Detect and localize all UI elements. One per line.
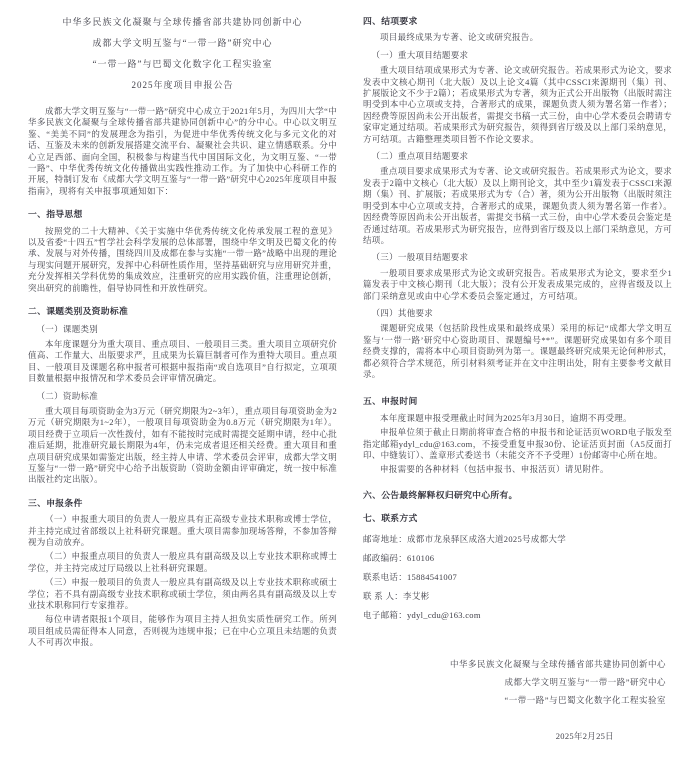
- contact-email: 电子邮箱：ydyl_cdu@163.com: [363, 606, 672, 625]
- section-2-sub-1-body: 本年度课题分为重大项目、重点项目、一般项目三类。重大项目立项研究价值高、工作量大…: [28, 339, 337, 385]
- section-2-heading: 二、课题类别及资助标准: [28, 306, 337, 317]
- section-5-heading: 五、申报时间: [363, 396, 672, 407]
- section-1-heading: 一、指导思想: [28, 209, 337, 220]
- section-3-paragraph-3: （三）申报一般项目的负责人一般应具有副高级及以上专业技术职称或硕士学位；若不具有…: [28, 577, 337, 611]
- section-4-sub-1-body: 重大项目结项成果形式为专著、论文或研究报告。若成果形式为论文，要求发表中文核心期…: [363, 65, 672, 145]
- section-4-sub-2-body: 重点项目要求成果形式为专著、论文或研究报告。若成果形式为论文，要求发表于2篇中文…: [363, 166, 672, 246]
- contact-postcode: 邮政编码：610106: [363, 549, 672, 568]
- signature-line-org-1: 中华多民族文化凝聚与全球传播省部共建协同创新中心: [363, 655, 666, 673]
- section-7-heading: 七、联系方式: [363, 513, 672, 524]
- section-4-sub-4-body: 课题研究成果（包括阶段性成果和最终成果）采用的标记“成都大学文明互鉴与‘一带一路…: [363, 323, 672, 380]
- section-2-sub-1-heading: （一）课题类别: [28, 324, 337, 335]
- section-4-sub-1-heading: （一）重大项目结题要求: [363, 50, 672, 61]
- title-line-org-3: “一带一路”与巴蜀文化数字化工程实验室: [28, 54, 337, 75]
- section-4-sub-4-heading: （四）其他要求: [363, 308, 672, 319]
- title-line-org-1: 中华多民族文化凝聚与全球传播省部共建协同创新中心: [28, 12, 337, 33]
- section-4-heading: 四、结项要求: [363, 16, 672, 27]
- title-line-org-2: 成都大学文明互鉴与“一带一路”研究中心: [28, 33, 337, 54]
- contact-address: 邮寄地址：成都市龙泉驿区成洛大道2025号成都大学: [363, 530, 672, 549]
- document-columns: 中华多民族文化凝聚与全球传播省部共建协同创新中心 成都大学文明互鉴与“一带一路”…: [0, 0, 682, 743]
- intro-paragraph: 成都大学文明互鉴与“一带一路”研究中心成立于2021年5月，为四川大学“中华多民…: [28, 106, 337, 197]
- section-3-paragraph-2: （二）申报重点项目的负责人一般应具有副高级及以上专业技术职称或博士学位，并主持完…: [28, 551, 337, 574]
- section-3-heading: 三、申报条件: [28, 498, 337, 509]
- section-3-paragraph-4: 每位申请者限报1个项目，能够作为项目主持人担负实质性研究工作。所列项目组成员需征…: [28, 614, 337, 648]
- section-4-sub-3-body: 一般项目要求成果形式为论文或研究报告。若成果形式为论文，要求至少1篇发表于中文核…: [363, 268, 672, 302]
- document-date: 2025年2月25日: [363, 729, 672, 743]
- left-column: 中华多民族文化凝聚与全球传播省部共建协同创新中心 成都大学文明互鉴与“一带一路”…: [28, 6, 337, 743]
- section-5-paragraph-3: 申报需要的各种材料（包括申报书、申报活页）请见附件。: [363, 464, 672, 475]
- section-1-body: 按照党的二十大精神、《关于实施中华优秀传统文化传承发展工程的意见》以及省委“十四…: [28, 226, 337, 294]
- section-4-sub-2-heading: （二）重点项目结题要求: [363, 151, 672, 162]
- section-6-heading: 六、公告最终解释权归研究中心所有。: [363, 490, 672, 501]
- document-main-title: 2025年度项目申报公告: [28, 75, 337, 96]
- signature-line-org-2: 成都大学文明互鉴与“一带一路”研究中心: [363, 673, 666, 691]
- scanned-document-page: 中华多民族文化凝聚与全球传播省部共建协同创新中心 成都大学文明互鉴与“一带一路”…: [0, 0, 682, 765]
- document-title-block: 中华多民族文化凝聚与全球传播省部共建协同创新中心 成都大学文明互鉴与“一带一路”…: [28, 12, 337, 96]
- signature-line-org-3: “一带一路”与巴蜀文化数字化工程实验室: [363, 691, 666, 709]
- contact-person: 联 系 人：李艾彬: [363, 587, 672, 606]
- section-5-paragraph-2: 申报单位须于截止日期前将审查合格的申报书和论证活页WORD电子版发至指定邮箱yd…: [363, 427, 672, 461]
- right-column: 四、结项要求 项目最终成果为专著、论文或研究报告。 （一）重大项目结题要求 重大…: [363, 6, 672, 743]
- contact-phone: 联系电话：15884541007: [363, 568, 672, 587]
- section-3-paragraph-1: （一）申报重大项目的负责人一般应具有正高级专业技术职称或博士学位，并主持完成过省…: [28, 514, 337, 548]
- section-4-intro: 项目最终成果为专著、论文或研究报告。: [363, 32, 672, 43]
- section-5-paragraph-1: 本年度课题申报受理截止时间为2025年3月30日，逾期不再受理。: [363, 413, 672, 424]
- signature-block: 中华多民族文化凝聚与全球传播省部共建协同创新中心 成都大学文明互鉴与“一带一路”…: [363, 655, 672, 709]
- section-2-sub-2-heading: （二）资助标准: [28, 391, 337, 402]
- section-4-sub-3-heading: （三）一般项目结题要求: [363, 252, 672, 263]
- section-2-sub-2-body: 重大项目每项资助金为3万元（研究期限为2~3年），重点项目每项资助金为2万元（研…: [28, 406, 337, 486]
